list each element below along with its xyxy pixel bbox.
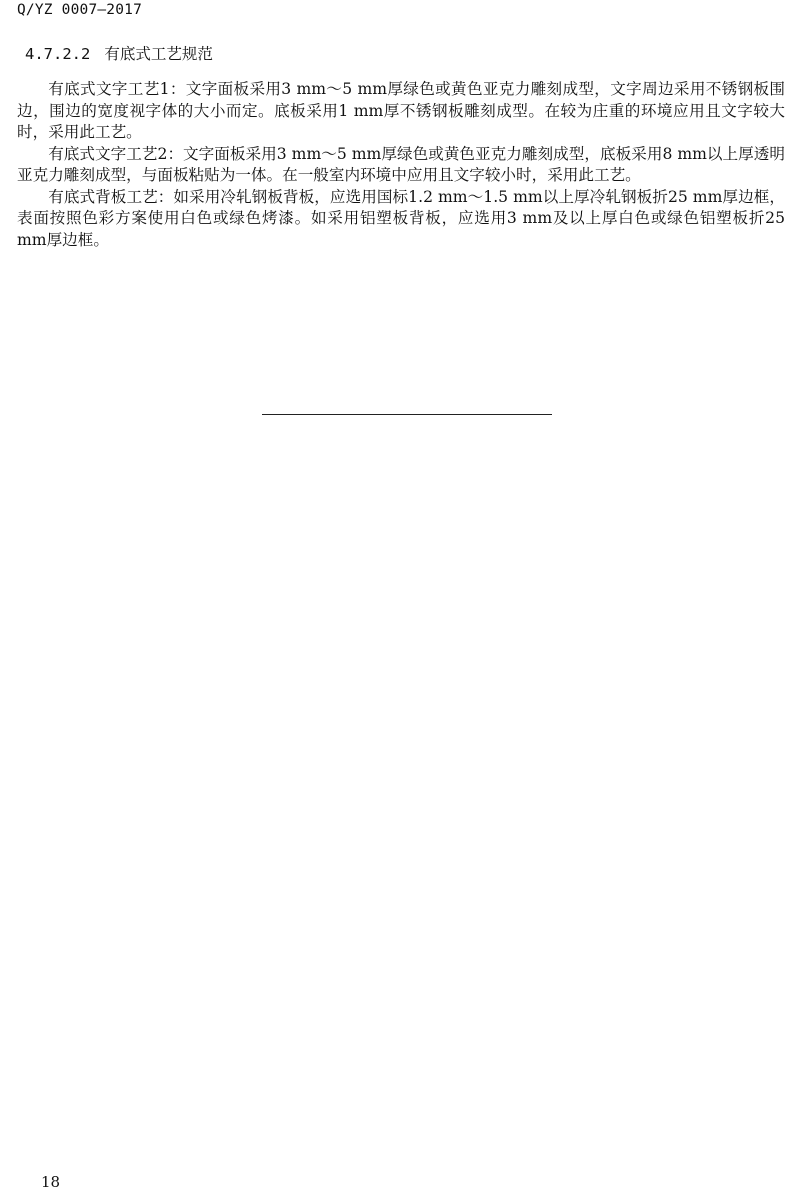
section-heading: 4.7.2.2有底式工艺规范	[25, 42, 213, 64]
page-number: 18	[41, 1173, 60, 1191]
paragraph-text-process-2: 有底式文字工艺2：文字面板采用3 mm～5 mm厚绿色或黄色亚克力雕刻成型，底板…	[17, 144, 785, 187]
section-title: 有底式工艺规范	[104, 45, 213, 63]
paragraph-backplate-process: 有底式背板工艺：如采用冷轧钢板背板，应选用国标1.2 mm～1.5 mm以上厚冷…	[17, 187, 785, 252]
section-number: 4.7.2.2	[25, 45, 90, 63]
standard-code-header: Q/YZ 0007—2017	[17, 2, 142, 18]
paragraph-text-process-1: 有底式文字工艺1：文字面板采用3 mm～5 mm厚绿色或黄色亚克力雕刻成型，文字…	[17, 79, 785, 144]
end-of-document-rule	[262, 414, 552, 415]
section-body: 有底式文字工艺1：文字面板采用3 mm～5 mm厚绿色或黄色亚克力雕刻成型，文字…	[17, 79, 785, 251]
